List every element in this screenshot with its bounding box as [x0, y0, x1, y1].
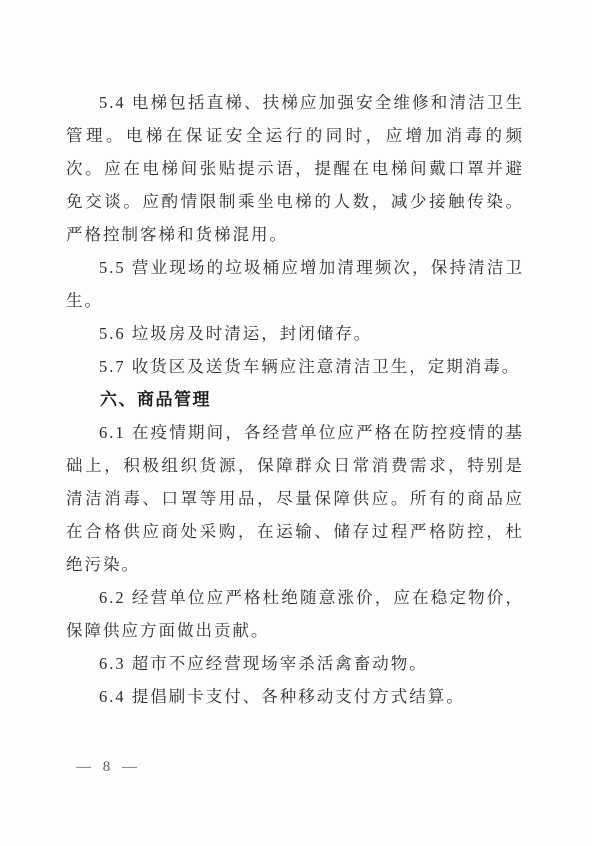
clause-5-4: 5.4 电梯包括直梯、扶梯应加强安全维修和清洁卫生管理。电梯在保证安全运行的同时… [66, 86, 524, 251]
scanned-document-page: 5.4 电梯包括直梯、扶梯应加强安全维修和清洁卫生管理。电梯在保证安全运行的同时… [0, 0, 592, 846]
clause-6-3: 6.3 超市不应经营现场宰杀活禽畜动物。 [66, 647, 524, 680]
document-body: 5.4 电梯包括直梯、扶梯应加强安全维修和清洁卫生管理。电梯在保证安全运行的同时… [66, 86, 524, 713]
page-number: — 8 — [76, 756, 141, 778]
section-6-heading: 六、商品管理 [66, 383, 524, 416]
clause-5-7: 5.7 收货区及送货车辆应注意清洁卫生，定期消毒。 [66, 350, 524, 383]
clause-5-5: 5.5 营业现场的垃圾桶应增加清理频次，保持清洁卫生。 [66, 251, 524, 317]
clause-6-2: 6.2 经营单位应严格杜绝随意涨价，应在稳定物价，保障供应方面做出贡献。 [66, 581, 524, 647]
clause-6-1: 6.1 在疫情期间，各经营单位应严格在防控疫情的基础上，积极组织货源，保障群众日… [66, 416, 524, 581]
clause-5-6: 5.6 垃圾房及时清运，封闭储存。 [66, 317, 524, 350]
clause-6-4: 6.4 提倡刷卡支付、各种移动支付方式结算。 [66, 680, 524, 713]
